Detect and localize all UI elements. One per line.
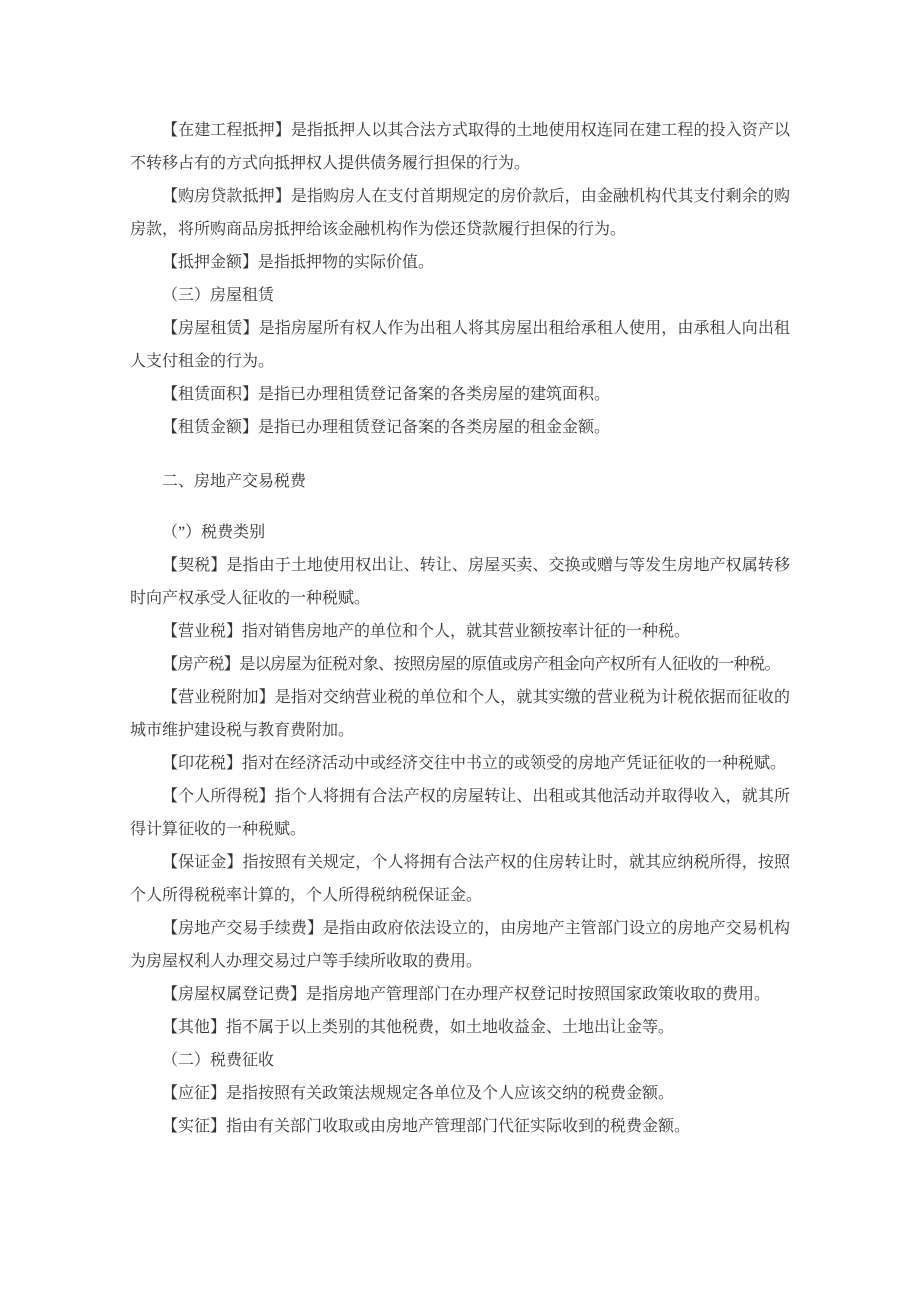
paragraph: 【抵押金额】是指抵押物的实际价值。 xyxy=(130,246,790,279)
paragraph: 【房屋租赁】是指房屋所有权人作为出租人将其房屋出租给承租人使用，由承租人向出租人… xyxy=(130,312,790,378)
paragraph: （二）税费征收 xyxy=(130,1044,790,1077)
paragraph: 【应征】是指按照有关政策法规规定各单位及个人应该交纳的税费金额。 xyxy=(130,1077,790,1110)
paragraph: 【租赁面积】是指已办理租赁登记备案的各类房屋的建筑面积。 xyxy=(130,378,790,411)
paragraph: 【房屋权属登记费】是指房地产管理部门在办理产权登记时按照国家政策收取的费用。 xyxy=(130,978,790,1011)
paragraph: （三）房屋租赁 xyxy=(130,279,790,312)
paragraph: 【在建工程抵押】是指抵押人以其合法方式取得的土地使用权连同在建工程的投入资产以不… xyxy=(130,114,790,180)
section-heading: 二、房地产交易税费 xyxy=(130,465,790,498)
paragraph: 【其他】指不属于以上类别的其他税费，如土地收益金、土地出让金等。 xyxy=(130,1011,790,1044)
paragraph: 【个人所得税】指个人将拥有合法产权的房屋转让、出租或其他活动并取得收入，就其所得… xyxy=(130,780,790,846)
paragraph: 【营业税附加】是指对交纳营业税的单位和个人，就其实缴的营业税为计税依据而征收的城… xyxy=(130,681,790,747)
paragraph: 【房产税】是以房屋为征税对象、按照房屋的原值或房产租金向产权所有人征收的一种税。 xyxy=(130,648,790,681)
paragraph: 【房地产交易手续费】是指由政府依法设立的，由房地产主管部门设立的房地产交易机构为… xyxy=(130,912,790,978)
paragraph: 【购房贷款抵押】是指购房人在支付首期规定的房价款后，由金融机构代其支付剩余的购房… xyxy=(130,180,790,246)
paragraph: 【保证金】指按照有关规定，个人将拥有合法产权的住房转让时，就其应纳税所得，按照个… xyxy=(130,846,790,912)
paragraph: （”）税费类别 xyxy=(130,516,790,549)
paragraph: 【印花税】指对在经济活动中或经济交往中书立的或领受的房地产凭证征收的一种税赋。 xyxy=(130,747,790,780)
document-body: 【在建工程抵押】是指抵押人以其合法方式取得的土地使用权连同在建工程的投入资产以不… xyxy=(130,114,790,1143)
paragraph: 【租赁金额】是指已办理租赁登记备案的各类房屋的租金金额。 xyxy=(130,411,790,444)
paragraph: 【实征】指由有关部门收取或由房地产管理部门代征实际收到的税费金额。 xyxy=(130,1110,790,1143)
paragraph: 【营业税】指对销售房地产的单位和个人，就其营业额按率计征的一种税。 xyxy=(130,615,790,648)
document-page: 【在建工程抵押】是指抵押人以其合法方式取得的土地使用权连同在建工程的投入资产以不… xyxy=(0,0,920,1301)
paragraph: 【契税】是指由于土地使用权出让、转让、房屋买卖、交换或赠与等发生房地产权属转移时… xyxy=(130,549,790,615)
